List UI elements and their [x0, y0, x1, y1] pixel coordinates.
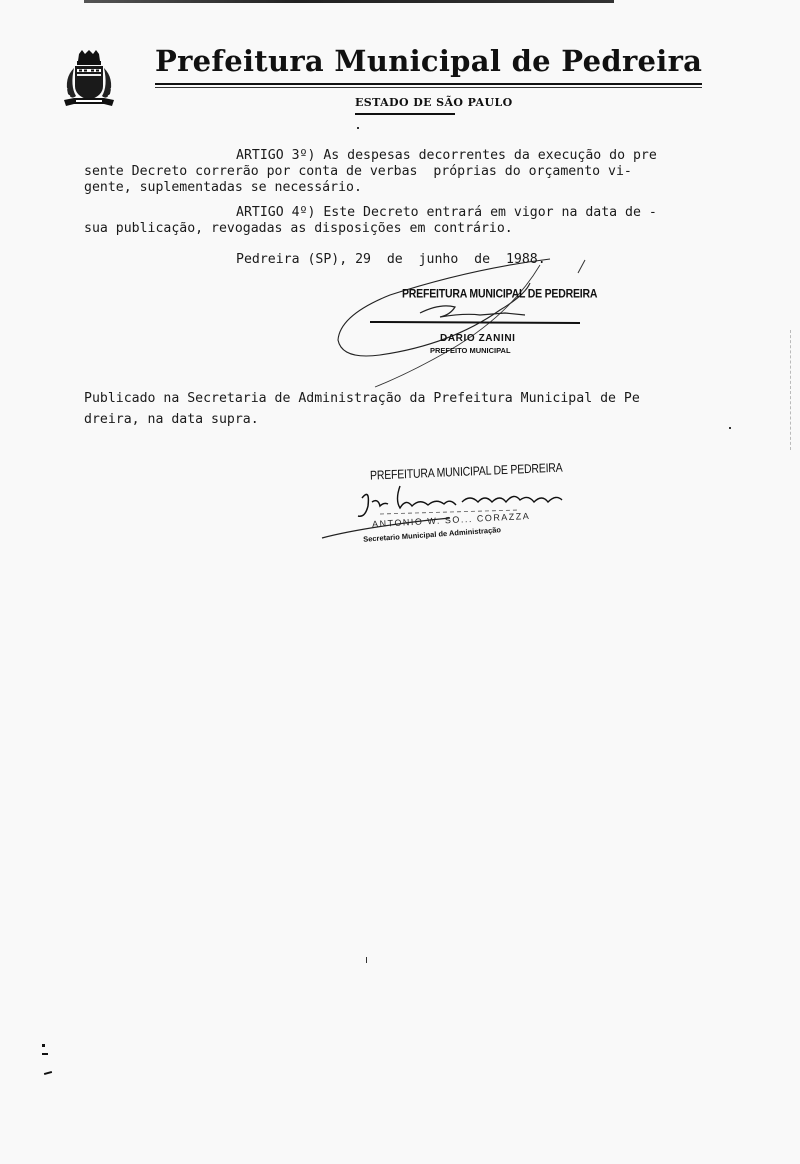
speck: [42, 1044, 45, 1047]
article-4-line-2: sua publicação, revogadas as disposições…: [84, 221, 513, 237]
handwritten-signature-icon: [330, 255, 590, 395]
article-3-line-1: ARTIGO 3º) As despesas decorrentes da ex…: [236, 148, 657, 164]
article-3-line-2: sente Decreto correrão por conta de verb…: [84, 164, 632, 180]
mayor-stamp-header: PREFEITURA MUNICIPAL DE PEDREIRA: [402, 287, 597, 301]
article-4-line-1: ARTIGO 4º) Este Decreto entrará em vigor…: [236, 205, 657, 221]
mayor-role: PREFEITO MUNICIPAL: [430, 346, 511, 355]
speck: [42, 1053, 48, 1055]
article-3-line-3: gente, suplementadas se necessário.: [84, 180, 362, 196]
publication-line-2: dreira, na data supra.: [84, 412, 259, 428]
speck: [357, 127, 359, 129]
speck: [729, 427, 731, 429]
mayor-name: DARIO ZANINI: [440, 333, 516, 344]
title-rule: [155, 83, 702, 85]
speck: [44, 1071, 52, 1075]
title-rule: [155, 87, 702, 88]
scan-edge-artifact: [790, 330, 792, 450]
scan-edge-artifact: [84, 0, 614, 3]
subtitle-underline: [355, 113, 455, 115]
publication-line-1: Publicado na Secretaria de Administração…: [84, 391, 640, 407]
letterhead-subtitle: ESTADO DE SÃO PAULO: [355, 96, 513, 109]
coat-of-arms-icon: [62, 50, 116, 110]
letterhead-title: Prefeitura Municipal de Pedreira: [155, 44, 702, 78]
speck: [366, 957, 367, 963]
